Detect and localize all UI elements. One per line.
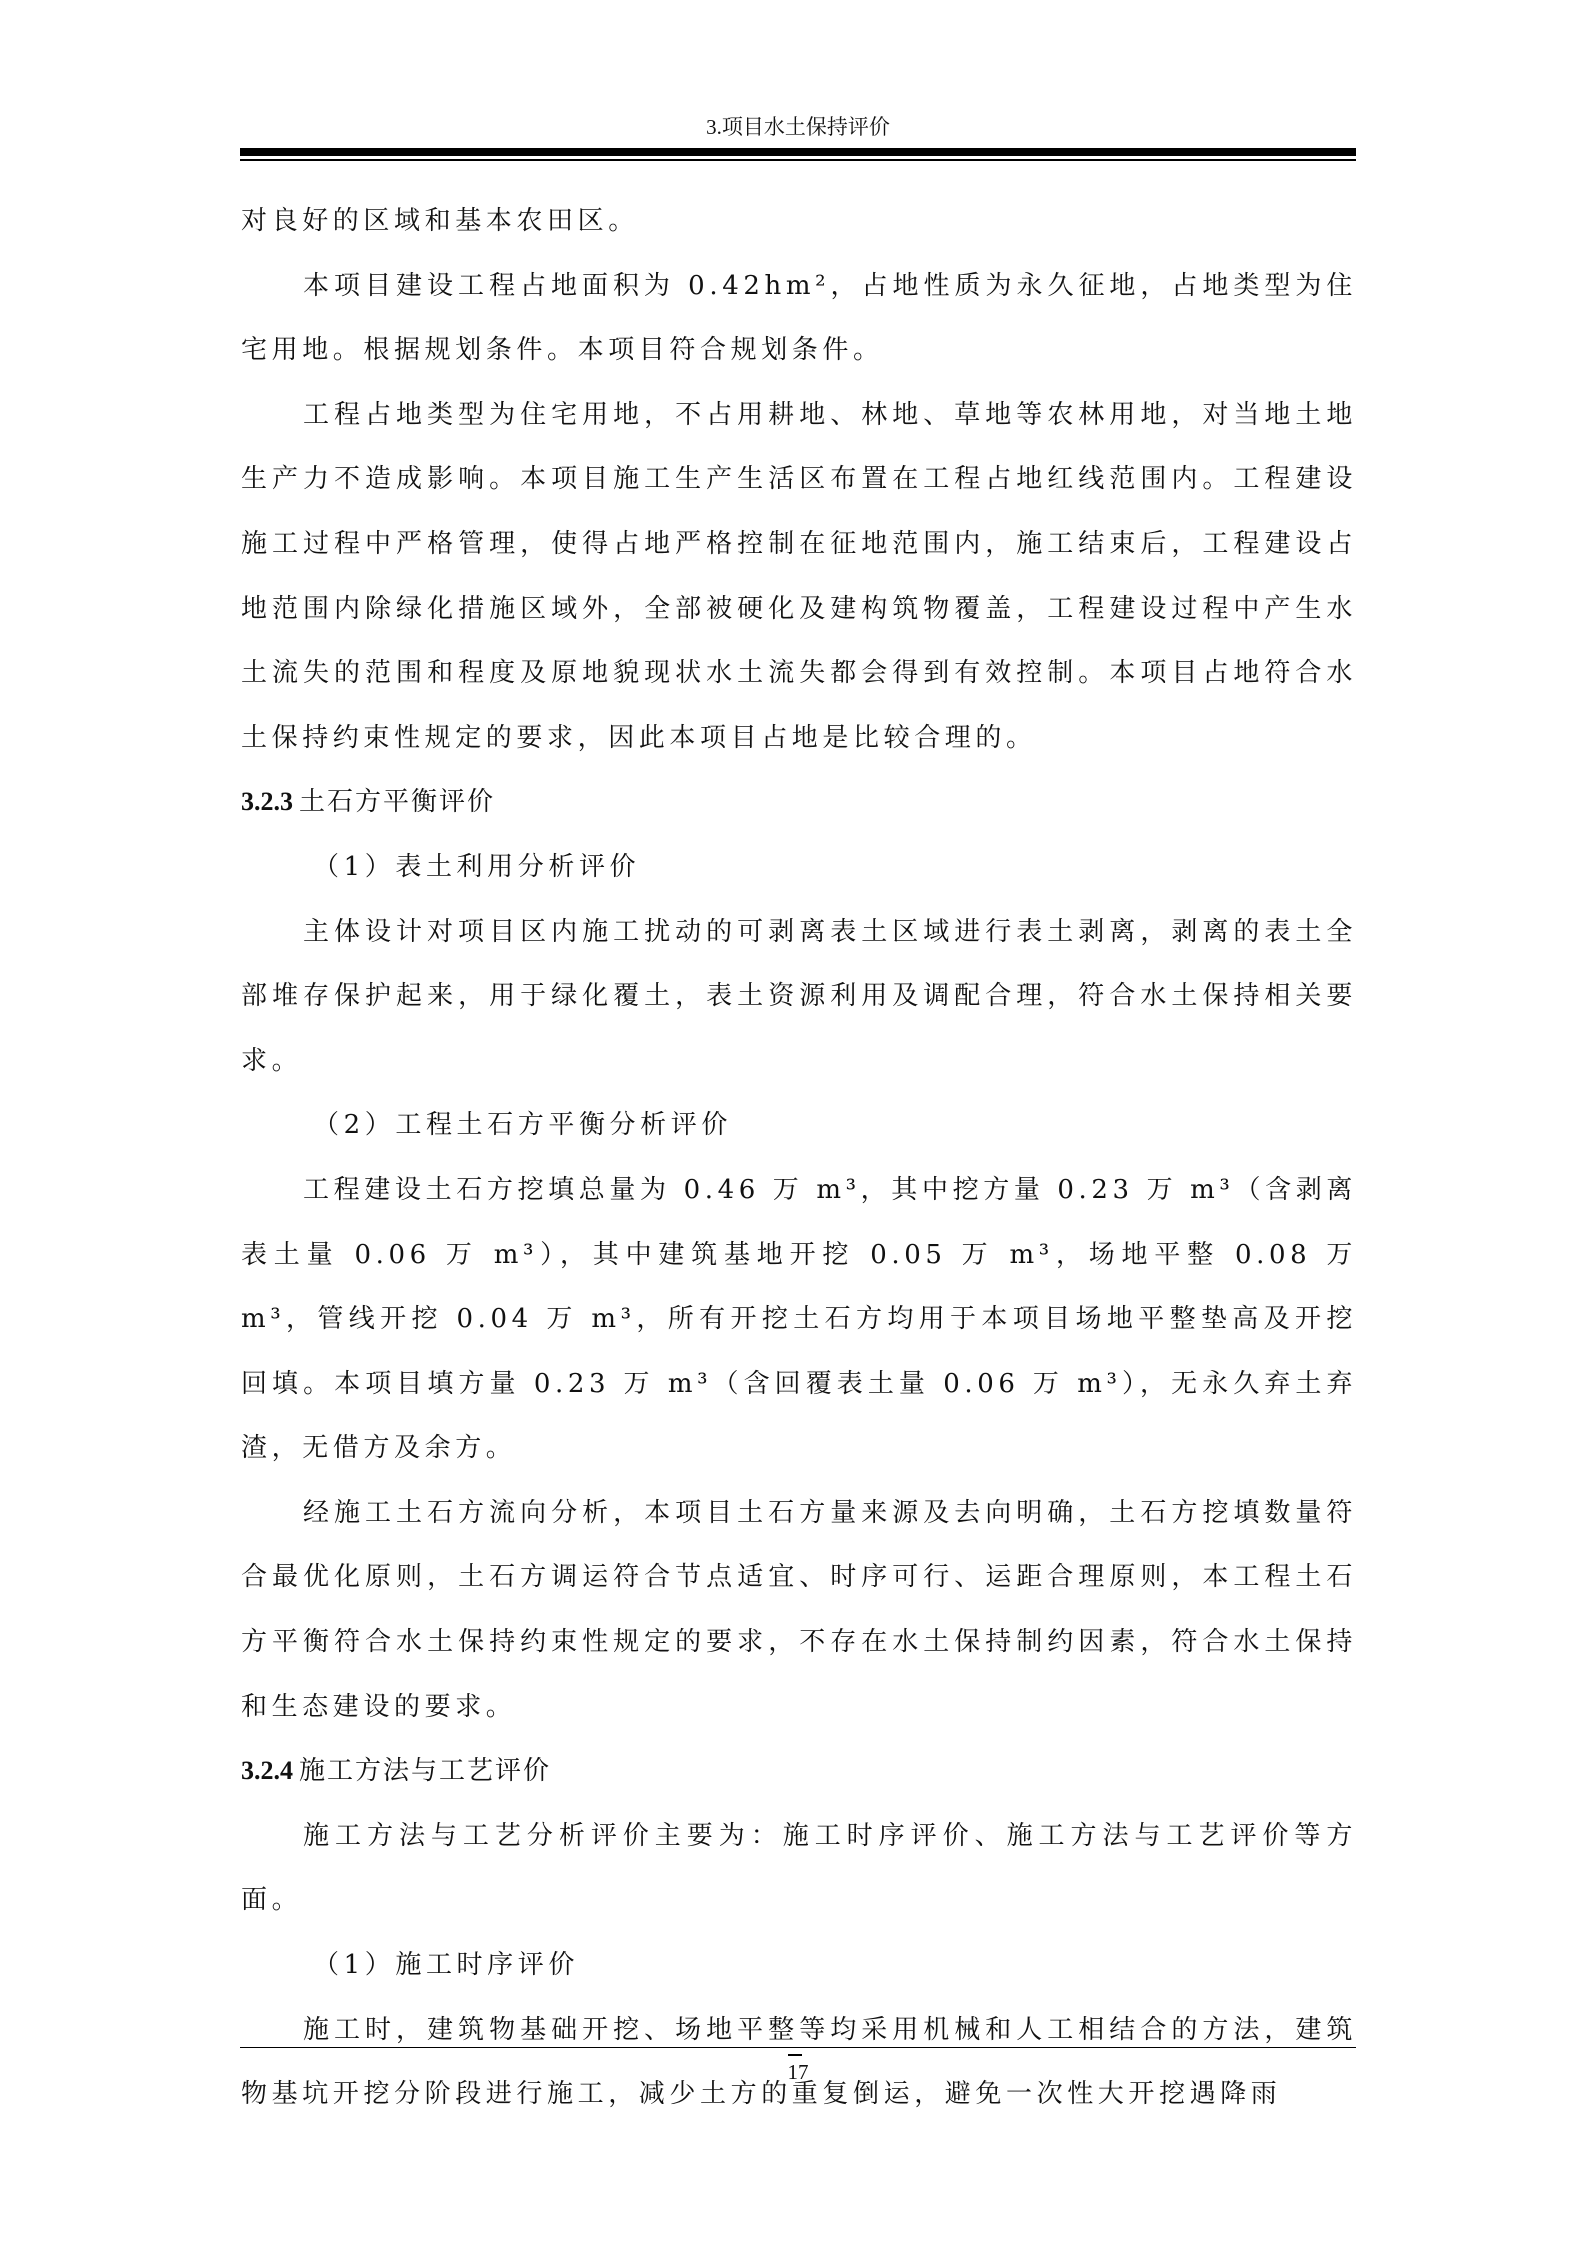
paragraph-continuation: 对良好的区域和基本农田区。 (241, 189, 1357, 254)
section-number: 3.2.3 (241, 787, 293, 816)
section-heading-3-2-3: 3.2.3土石方平衡评价 (241, 770, 1357, 835)
section-title: 土石方平衡评价 (299, 787, 495, 817)
footer-rule (240, 2047, 1356, 2048)
section-number: 3.2.4 (241, 1756, 293, 1785)
header-rule-thick (240, 148, 1356, 156)
subheading-earthwork-balance: （2）工程土石方平衡分析评价 (241, 1093, 1357, 1158)
paragraph-land-area: 本项目建设工程占地面积为 0.42hm²，占地性质为永久征地，占地类型为住宅用地… (241, 254, 1357, 383)
running-header-title: 3.项目水土保持评价 (240, 112, 1356, 142)
page-body: 对良好的区域和基本农田区。 本项目建设工程占地面积为 0.42hm²，占地性质为… (241, 189, 1357, 2127)
paragraph-construction-methods: 施工方法与工艺分析评价主要为：施工时序评价、施工方法与工艺评价等方面。 (241, 1804, 1357, 1933)
paragraph-earthwork-quantities: 工程建设土石方挖填总量为 0.46 万 m³，其中挖方量 0.23 万 m³（含… (241, 1158, 1357, 1481)
paragraph-land-use: 工程占地类型为住宅用地，不占用耕地、林地、草地等农林用地，对当地土地生产力不造成… (241, 383, 1357, 771)
paragraph-topsoil: 主体设计对项目区内施工扰动的可剥离表土区域进行表土剥离，剥离的表土全部堆存保护起… (241, 900, 1357, 1094)
header-rule-thin (240, 159, 1356, 161)
paragraph-earthwork-flow: 经施工土石方流向分析，本项目土石方量来源及去向明确，土石方挖填数量符合最优化原则… (241, 1481, 1357, 1739)
subheading-topsoil-use: （1）表土利用分析评价 (241, 835, 1357, 900)
page-number-mark (788, 2054, 802, 2056)
section-heading-3-2-4: 3.2.4施工方法与工艺评价 (241, 1739, 1357, 1804)
page-number: 17 (240, 2058, 1356, 2086)
section-title: 施工方法与工艺评价 (299, 1756, 551, 1786)
subheading-construction-sequence: （1）施工时序评价 (241, 1933, 1357, 1998)
